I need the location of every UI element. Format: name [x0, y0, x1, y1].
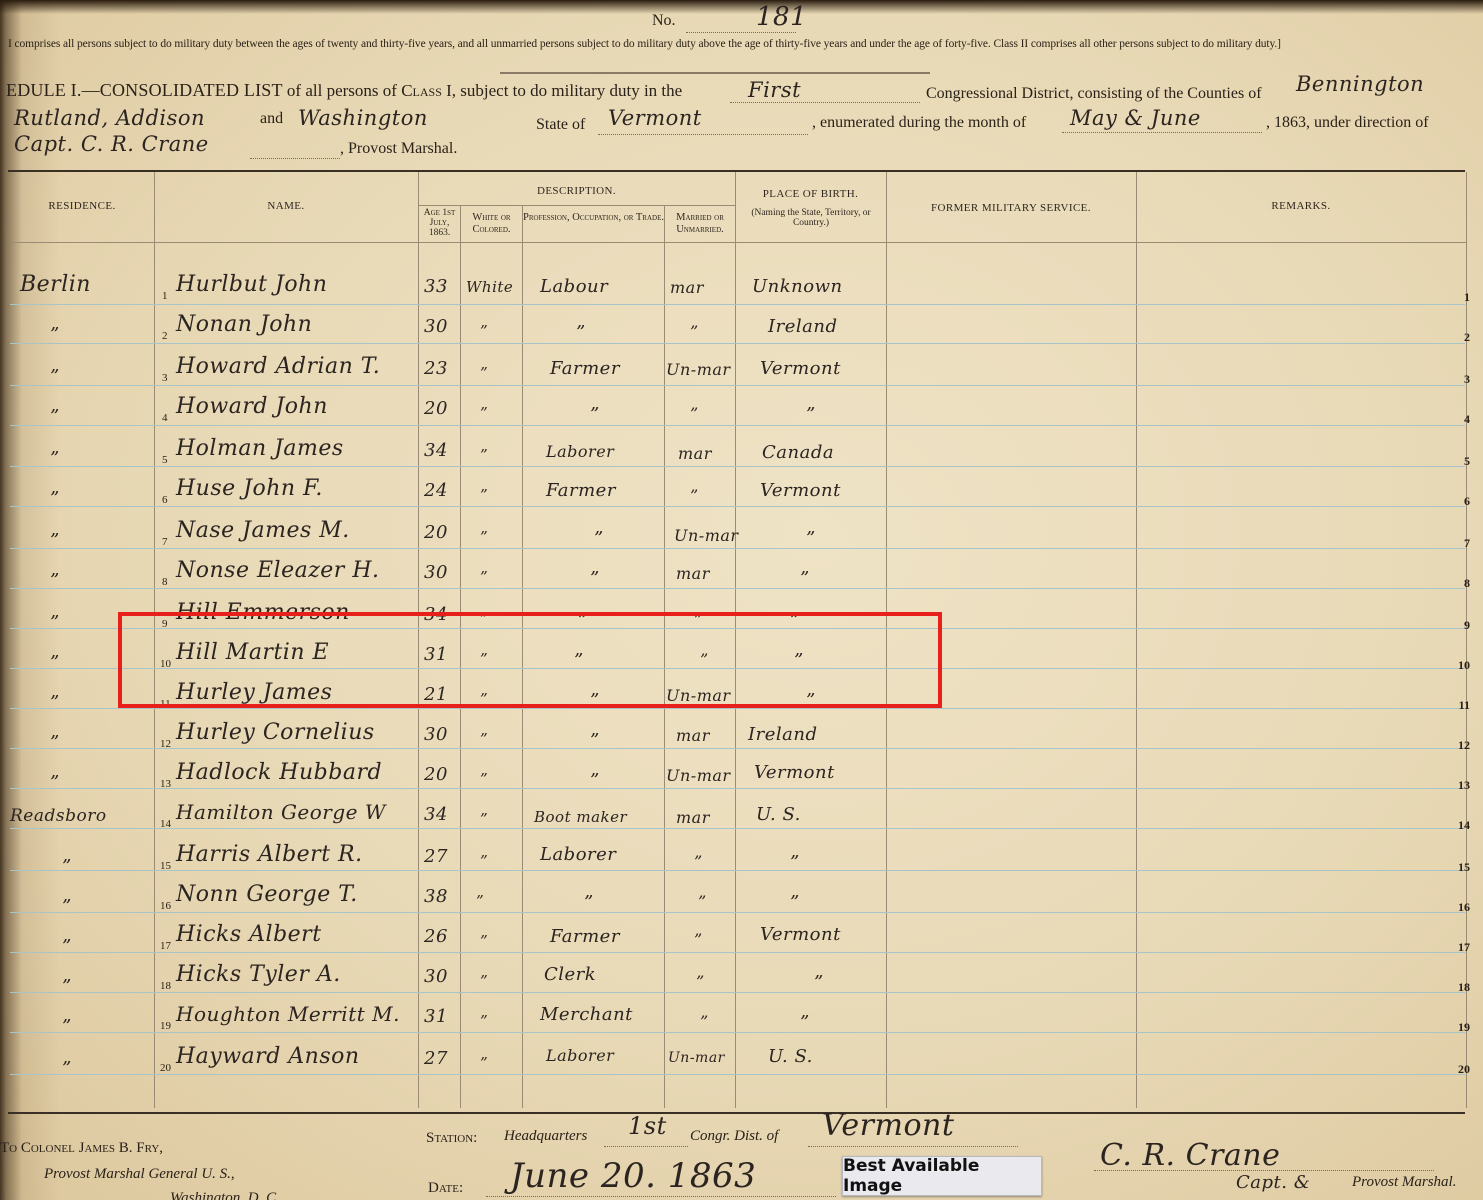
row-number: 4	[162, 412, 168, 424]
provost-marshal-label: , Provost Marshal.	[340, 140, 457, 158]
color-cell: ”	[480, 810, 488, 828]
age-cell: 20	[424, 398, 448, 419]
register-page: No. 181 I comprises all persons subject …	[0, 0, 1483, 1200]
occupation-cell: Farmer	[550, 926, 620, 947]
header-age: Age 1st July, 1863.	[419, 208, 460, 238]
date-label: Date:	[428, 1180, 463, 1197]
age-cell: 20	[424, 522, 448, 543]
color-cell: ”	[480, 446, 488, 464]
number-dotted-line	[686, 32, 796, 33]
married-cell: ”	[694, 930, 703, 949]
row-number: 6	[162, 494, 168, 506]
residence-cell: Readsboro	[10, 806, 107, 826]
age-cell: 33	[424, 276, 448, 297]
right-row-number: 2	[1440, 330, 1470, 345]
right-row-number: 12	[1440, 738, 1470, 753]
birth-cell: ”	[790, 892, 800, 913]
station-state-dotted-line	[808, 1146, 1018, 1147]
color-cell: ”	[480, 730, 488, 748]
table-row: ” 18 Hicks Tyler A. 30 ” Clerk ” ” 18	[0, 962, 1483, 1002]
occupation-cell: ”	[576, 322, 586, 343]
signature-dotted-line	[1094, 1170, 1434, 1171]
table-row: ” 15 Harris Albert R. 27 ” Laborer ” ” 1…	[0, 842, 1483, 882]
married-cell: Un-mar	[666, 766, 731, 785]
year-fill: 3	[1298, 114, 1306, 131]
name-cell: Nonn George T.	[176, 882, 358, 907]
married-cell: Un-mar	[674, 526, 739, 545]
class-note: I comprises all persons subject to do mi…	[8, 38, 1281, 50]
header-remarks: REMARKS.	[1136, 200, 1466, 212]
table-row: ” 12 Hurley Cornelius 30 ” ” mar Ireland…	[0, 720, 1483, 760]
residence-cell: ”	[50, 612, 60, 633]
name-cell: Nonse Eleazer H.	[176, 558, 380, 583]
table-row: ” 8 Nonse Eleazer H. 30 ” ” mar ” 8	[0, 558, 1483, 598]
color-cell: ”	[480, 486, 488, 504]
highlight-box	[118, 612, 942, 708]
row-number: 15	[160, 860, 171, 872]
signature-title-fill: Capt. &	[1236, 1172, 1310, 1193]
name-cell: Hicks Albert	[176, 922, 322, 947]
residence-cell: Berlin	[20, 272, 91, 297]
birth-cell: Vermont	[760, 358, 841, 379]
name-cell: Hicks Tyler A.	[176, 962, 341, 987]
age-cell: 26	[424, 926, 448, 947]
row-number: 19	[160, 1020, 171, 1032]
direction-label: , under direction of	[1306, 114, 1429, 131]
name-cell: Huse John F.	[176, 476, 323, 501]
best-available-image-stamp: Best Available Image	[842, 1156, 1042, 1196]
occupation-cell: ”	[590, 770, 600, 791]
name-cell: Nonan John	[176, 312, 312, 337]
right-row-number: 10	[1440, 658, 1470, 673]
married-cell: mar	[676, 808, 710, 827]
residence-cell: ”	[50, 772, 60, 793]
row-number: 7	[162, 536, 168, 548]
row-number: 8	[162, 576, 168, 588]
birth-cell: ”	[806, 404, 816, 425]
age-cell: 30	[424, 316, 448, 337]
station-label: Station:	[426, 1130, 477, 1147]
row-number: 13	[160, 778, 171, 790]
age-cell: 27	[424, 846, 448, 867]
residence-cell: ”	[62, 1058, 72, 1079]
birth-cell: Vermont	[760, 924, 841, 945]
age-cell: 27	[424, 1048, 448, 1069]
birth-cell: ”	[800, 1012, 810, 1033]
schedule-title-text1: of all persons of	[287, 81, 397, 100]
month-dotted-line	[1062, 132, 1262, 133]
occupation-cell: ”	[594, 528, 604, 549]
occupation-cell: Farmer	[546, 480, 616, 501]
birth-cell: Ireland	[768, 316, 837, 337]
addressee-line-2: Provost Marshal General U. S.,	[44, 1166, 235, 1183]
row-number: 16	[160, 900, 171, 912]
name-cell: Hurley Cornelius	[176, 720, 375, 745]
row-number: 12	[160, 738, 171, 750]
addressee-line-1: To Colonel James B. Fry,	[0, 1140, 163, 1157]
birth-cell: ”	[800, 568, 810, 589]
residence-cell: ”	[50, 530, 60, 551]
provost-marshal-fill: Capt. C. R. Crane	[14, 132, 209, 156]
color-cell: ”	[480, 1012, 488, 1030]
age-cell: 31	[424, 1006, 448, 1027]
schedule-title-text2: , subject to do military duty in the	[452, 81, 682, 100]
residence-cell: ”	[50, 692, 60, 713]
header-rule	[500, 72, 930, 74]
name-cell: Hayward Anson	[176, 1044, 360, 1069]
occupation-cell: ”	[584, 892, 594, 913]
name-cell: Holman James	[176, 436, 344, 461]
row-number: 5	[162, 454, 168, 466]
right-row-number: 19	[1440, 1020, 1470, 1035]
name-cell: Hadlock Hubbard	[176, 760, 382, 785]
header-residence: RESIDENCE.	[10, 200, 154, 212]
residence-cell: ”	[62, 1016, 72, 1037]
married-cell: mar	[678, 444, 712, 463]
occupation-cell: ”	[590, 568, 600, 589]
color-cell: ”	[480, 770, 488, 788]
residence-cell: ”	[50, 324, 60, 345]
name-cell: Houghton Merritt M.	[176, 1002, 400, 1026]
right-row-number: 3	[1440, 372, 1470, 387]
right-row-number: 16	[1440, 900, 1470, 915]
row-number: 20	[160, 1062, 171, 1074]
married-cell: ”	[694, 852, 703, 871]
color-cell: ”	[480, 972, 488, 990]
age-cell: 30	[424, 966, 448, 987]
married-cell: ”	[696, 972, 705, 991]
residence-cell: ”	[62, 856, 72, 877]
table-row: Berlin 1 Hurlbut John 33 White Labour ma…	[0, 272, 1483, 312]
right-row-number: 9	[1440, 618, 1470, 633]
birth-cell: Canada	[762, 442, 834, 463]
name-cell: Hurlbut John	[176, 272, 327, 297]
year-label: , 1863, under direction of	[1266, 114, 1429, 132]
addressee-name: To Colonel James B. Fry,	[0, 1140, 163, 1156]
occupation-cell: Merchant	[540, 1004, 633, 1025]
birth-cell: U. S.	[768, 1046, 813, 1067]
married-cell: ”	[690, 486, 699, 505]
signature-fill: C. R. Crane	[1100, 1138, 1280, 1173]
table-row: Readsboro 14 Hamilton George W 34 ” Boot…	[0, 800, 1483, 840]
district-fill: First	[748, 78, 801, 102]
color-cell: ”	[480, 1054, 488, 1072]
color-cell: White	[466, 278, 513, 296]
station-state-fill: Vermont	[822, 1108, 954, 1143]
right-row-number: 20	[1440, 1062, 1470, 1077]
table-row: ” 19 Houghton Merritt M. 31 ” Merchant ”…	[0, 1002, 1483, 1042]
header-white-colored: White or Colored.	[461, 212, 522, 236]
enumerated-label: , enumerated during the month of	[812, 114, 1026, 132]
provost-marshal-signature-label: Provost Marshal.	[1352, 1174, 1456, 1191]
residence-cell: ”	[62, 976, 72, 997]
residence-cell: ”	[50, 448, 60, 469]
state-label: State of	[536, 116, 585, 134]
color-cell: ”	[480, 528, 488, 546]
married-cell: mar	[676, 564, 710, 583]
row-number: 3	[162, 372, 168, 384]
married-cell: ”	[690, 322, 699, 341]
occupation-cell: ”	[590, 730, 600, 751]
row-number: 14	[160, 818, 171, 830]
married-cell: Un-mar	[668, 1050, 725, 1066]
congressional-district-label: Congressional District, consisting of th…	[926, 85, 1262, 103]
married-cell: ”	[690, 404, 699, 423]
table-row: ” 17 Hicks Albert 26 ” Farmer ” Vermont …	[0, 922, 1483, 962]
station-text-2: Congr. Dist. of	[690, 1128, 778, 1145]
month-fill: May & June	[1070, 106, 1201, 130]
age-cell: 23	[424, 358, 448, 379]
table-row: ” 4 Howard John 20 ” ” ” ” 4	[0, 394, 1483, 434]
color-cell: ”	[480, 404, 488, 422]
document-number-value: 181	[756, 2, 807, 32]
occupation-cell: Laborer	[546, 1046, 614, 1065]
color-cell: ”	[480, 364, 488, 382]
name-cell: Nase James M.	[176, 518, 350, 543]
birth-cell: Vermont	[754, 762, 835, 783]
addressee-line-3: Washington, D. C.	[170, 1190, 280, 1200]
station-dotted-line	[604, 1146, 688, 1147]
right-row-number: 6	[1440, 494, 1470, 509]
residence-cell: ”	[50, 570, 60, 591]
year-prefix: , 186	[1266, 114, 1298, 131]
table-row: ” 13 Hadlock Hubbard 20 ” ” Un-mar Vermo…	[0, 760, 1483, 800]
table-row: ” 3 Howard Adrian T. 23 ” Farmer Un-mar …	[0, 354, 1483, 394]
married-cell: ”	[700, 1012, 709, 1031]
occupation-cell: Laborer	[546, 442, 614, 461]
occupation-cell: Labour	[540, 276, 608, 297]
age-cell: 38	[424, 886, 448, 907]
right-row-number: 5	[1440, 454, 1470, 469]
right-row-number: 14	[1440, 818, 1470, 833]
right-row-number: 4	[1440, 412, 1470, 427]
age-cell: 34	[424, 440, 448, 461]
table-row: ” 7 Nase James M. 20 ” ” Un-mar ” 7	[0, 518, 1483, 558]
occupation-cell: ”	[590, 404, 600, 425]
row-number: 2	[162, 330, 168, 342]
table-row: ” 16 Nonn George T. 38 ” ” ” ” 16	[0, 882, 1483, 922]
name-cell: Howard John	[176, 394, 328, 419]
right-row-number: 17	[1440, 940, 1470, 955]
name-cell: Harris Albert R.	[176, 842, 363, 867]
page-top-shadow	[0, 0, 1483, 14]
station-district-fill: 1st	[628, 1112, 667, 1140]
date-dotted-line	[486, 1196, 836, 1197]
district-dotted-line	[730, 102, 920, 103]
date-fill: June 20. 1863	[510, 1156, 756, 1196]
name-cell: Hamilton George W	[176, 800, 386, 824]
married-cell: Un-mar	[666, 360, 731, 379]
name-cell: Howard Adrian T.	[176, 354, 380, 379]
occupation-cell: Clerk	[544, 964, 596, 985]
color-cell: ”	[480, 852, 488, 870]
description-sub-rule	[419, 205, 735, 206]
residence-cell: ”	[62, 936, 72, 957]
table-row: ” 20 Hayward Anson 27 ” Laborer Un-mar U…	[0, 1044, 1483, 1084]
state-fill: Vermont	[608, 106, 702, 130]
row-number: 18	[160, 980, 171, 992]
married-cell: ”	[698, 892, 707, 911]
age-cell: 30	[424, 562, 448, 583]
married-cell: mar	[676, 726, 710, 745]
county-last-fill: Washington	[298, 106, 428, 130]
header-former-service: FORMER MILITARY SERVICE.	[886, 202, 1136, 214]
birth-cell: Vermont	[760, 480, 841, 501]
right-row-number: 1	[1440, 290, 1470, 305]
header-profession: Profession, Occupation, or Trade.	[523, 212, 664, 224]
residence-cell: ”	[62, 896, 72, 917]
station-text: Headquarters	[504, 1128, 587, 1145]
occupation-cell: Laborer	[540, 844, 616, 865]
table-row: ” 2 Nonan John 30 ” ” ” Ireland 2	[0, 312, 1483, 352]
birth-cell: Unknown	[752, 276, 843, 297]
schedule-class-label: Class I	[401, 81, 452, 100]
color-cell: ”	[476, 892, 484, 910]
color-cell: ”	[480, 932, 488, 950]
and-label: and	[260, 110, 283, 128]
table-row: ” 5 Holman James 34 ” Laborer mar Canada…	[0, 436, 1483, 476]
birth-cell: ”	[806, 528, 816, 549]
birth-cell: ”	[790, 852, 800, 873]
occupation-cell: Boot maker	[534, 808, 627, 826]
birth-cell: Ireland	[748, 724, 817, 745]
right-row-number: 13	[1440, 778, 1470, 793]
residence-cell: ”	[50, 488, 60, 509]
age-cell: 24	[424, 480, 448, 501]
schedule-title-prefix: EDULE I.—CONSOLIDATED LIST	[6, 80, 283, 100]
color-cell: ”	[480, 568, 488, 586]
age-cell: 30	[424, 724, 448, 745]
residence-cell: ”	[50, 732, 60, 753]
header-place-of-birth-sub: (Naming the State, Territory, or Country…	[740, 208, 882, 228]
right-row-number: 15	[1440, 860, 1470, 875]
header-married: Married or Unmarried.	[665, 212, 735, 236]
marshal-dotted-line	[250, 158, 340, 159]
residence-cell: ”	[50, 406, 60, 427]
header-description: DESCRIPTION.	[418, 185, 735, 197]
counties-fill: Rutland, Addison	[14, 106, 205, 130]
table-row: ” 6 Huse John F. 24 ” Farmer ” Vermont 6	[0, 476, 1483, 516]
state-dotted-line	[598, 134, 808, 135]
header-name: NAME.	[154, 200, 418, 212]
county-first-fill: Bennington	[1296, 72, 1424, 96]
row-number: 1	[162, 290, 168, 302]
schedule-title: EDULE I.—CONSOLIDATED LIST of all person…	[6, 80, 682, 101]
row-number: 17	[160, 940, 171, 952]
header-place-of-birth: PLACE OF BIRTH.	[735, 188, 886, 200]
right-row-number: 18	[1440, 980, 1470, 995]
right-row-number: 7	[1440, 536, 1470, 551]
right-row-number: 11	[1440, 698, 1470, 713]
birth-cell: ”	[814, 972, 824, 993]
occupation-cell: Farmer	[550, 358, 620, 379]
document-number-label: No.	[652, 12, 676, 30]
residence-cell: ”	[50, 366, 60, 387]
age-cell: 34	[424, 804, 448, 825]
header-bottom-rule	[10, 242, 1466, 243]
age-cell: 20	[424, 764, 448, 785]
right-row-number: 8	[1440, 576, 1470, 591]
birth-cell: U. S.	[756, 804, 801, 825]
color-cell: ”	[480, 322, 488, 340]
residence-cell: ”	[50, 652, 60, 673]
married-cell: mar	[670, 278, 704, 297]
